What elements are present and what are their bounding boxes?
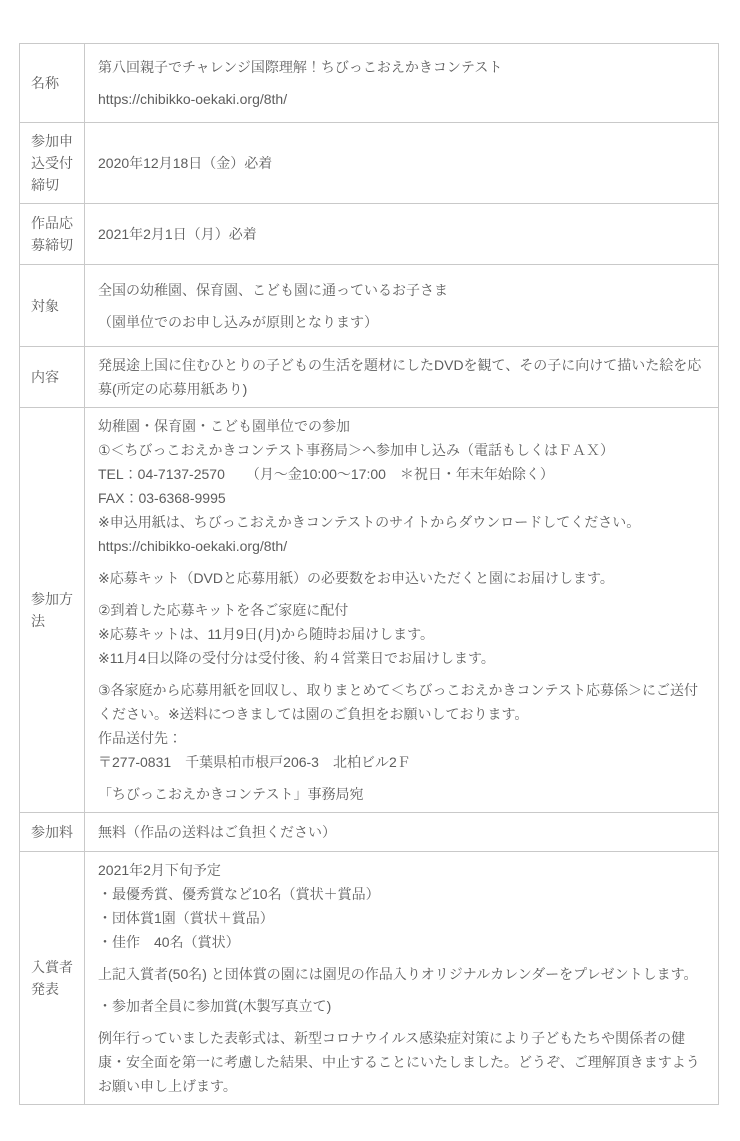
row-label-name: 名称	[20, 44, 85, 123]
participation-step2-text: ②到着した応募キットを各ご家庭に配付 ※応募キットは、11月9日(月)から随時お…	[98, 598, 704, 670]
row-label-entry-deadline: 作品応募締切	[20, 204, 85, 265]
row-value-entry-deadline: 2021年2月1日（月）必着	[85, 204, 719, 265]
row-label-winners-announcement: 入賞者発表	[20, 852, 85, 1105]
row-label-fee: 参加料	[20, 813, 85, 852]
description-text: 発展途上国に住むひとりの子どもの生活を題材にしたDVDを観て、その子に向けて描い…	[98, 353, 704, 401]
row-label-participation-method: 参加方法	[20, 408, 85, 813]
table-row-participation-method: 参加方法 幼稚園・保育園・こども園単位での参加 ①＜ちびっこおえかきコンテスト事…	[20, 408, 719, 813]
table-row-name: 名称 第八回親子でチャレンジ国際理解！ちびっこおえかきコンテスト https:/…	[20, 44, 719, 123]
participation-addressee-text: 「ちびっこおえかきコンテスト」事務局宛	[98, 782, 704, 806]
entry-deadline-text: 2021年2月1日（月）必着	[98, 222, 704, 246]
page: 名称 第八回親子でチャレンジ国際理解！ちびっこおえかきコンテスト https:/…	[0, 0, 740, 1141]
row-label-eligibility: 対象	[20, 265, 85, 347]
participation-step3-text: ③各家庭から応募用紙を回収し、取りまとめて＜ちびっこおえかきコンテスト応募係＞に…	[98, 678, 704, 774]
row-value-winners-announcement: 2021年2月下旬予定 ・最優秀賞、優秀賞など10名（賞状＋賞品） ・団体賞1園…	[85, 852, 719, 1105]
contest-url-text: https://chibikko-oekaki.org/8th/	[98, 87, 704, 111]
contest-title-text: 第八回親子でチャレンジ国際理解！ちびっこおえかきコンテスト	[98, 55, 704, 79]
participation-kit-note-text: ※応募キット（DVDと応募用紙）の必要数をお申込いただくと園にお届けします。	[98, 566, 704, 590]
participation-prize-text: ・参加者全員に参加賞(木製写真立て)	[98, 994, 704, 1018]
prizes-list-text: 2021年2月下旬予定 ・最優秀賞、優秀賞など10名（賞状＋賞品） ・団体賞1園…	[98, 858, 704, 954]
row-value-name: 第八回親子でチャレンジ国際理解！ちびっこおえかきコンテスト https://ch…	[85, 44, 719, 123]
table-row-description: 内容 発展途上国に住むひとりの子どもの生活を題材にしたDVDを観て、その子に向け…	[20, 347, 719, 408]
row-value-eligibility: 全国の幼稚園、保育園、こども園に通っているお子さま （園単位でのお申し込みが原則…	[85, 265, 719, 347]
eligibility-text: 全国の幼稚園、保育園、こども園に通っているお子さま	[98, 278, 704, 302]
table-row-application-deadline: 参加申込受付締切 2020年12月18日（金）必着	[20, 123, 719, 204]
row-label-description: 内容	[20, 347, 85, 408]
row-label-application-deadline: 参加申込受付締切	[20, 123, 85, 204]
row-value-participation-method: 幼稚園・保育園・こども園単位での参加 ①＜ちびっこおえかきコンテスト事務局＞へ参…	[85, 408, 719, 813]
application-deadline-text: 2020年12月18日（金）必着	[98, 151, 704, 175]
fee-text: 無料（作品の送料はご負担ください）	[98, 820, 704, 844]
participation-step1-text: 幼稚園・保育園・こども園単位での参加 ①＜ちびっこおえかきコンテスト事務局＞へ参…	[98, 414, 704, 558]
table-row-winners-announcement: 入賞者発表 2021年2月下旬予定 ・最優秀賞、優秀賞など10名（賞状＋賞品） …	[20, 852, 719, 1105]
row-value-description: 発展途上国に住むひとりの子どもの生活を題材にしたDVDを観て、その子に向けて描い…	[85, 347, 719, 408]
calendar-gift-text: 上記入賞者(50名) と団体賞の園には園児の作品入りオリジナルカレンダーをプレゼ…	[98, 962, 704, 986]
row-value-application-deadline: 2020年12月18日（金）必着	[85, 123, 719, 204]
table-row-eligibility: 対象 全国の幼稚園、保育園、こども園に通っているお子さま （園単位でのお申し込み…	[20, 265, 719, 347]
ceremony-cancellation-text: 例年行っていました表彰式は、新型コロナウイルス感染症対策により子どもたちや関係者…	[98, 1026, 704, 1098]
table-row-fee: 参加料 無料（作品の送料はご負担ください）	[20, 813, 719, 852]
table-row-entry-deadline: 作品応募締切 2021年2月1日（月）必着	[20, 204, 719, 265]
contest-info-table: 名称 第八回親子でチャレンジ国際理解！ちびっこおえかきコンテスト https:/…	[19, 43, 719, 1105]
eligibility-note-text: （園単位でのお申し込みが原則となります）	[98, 310, 704, 334]
row-value-fee: 無料（作品の送料はご負担ください）	[85, 813, 719, 852]
